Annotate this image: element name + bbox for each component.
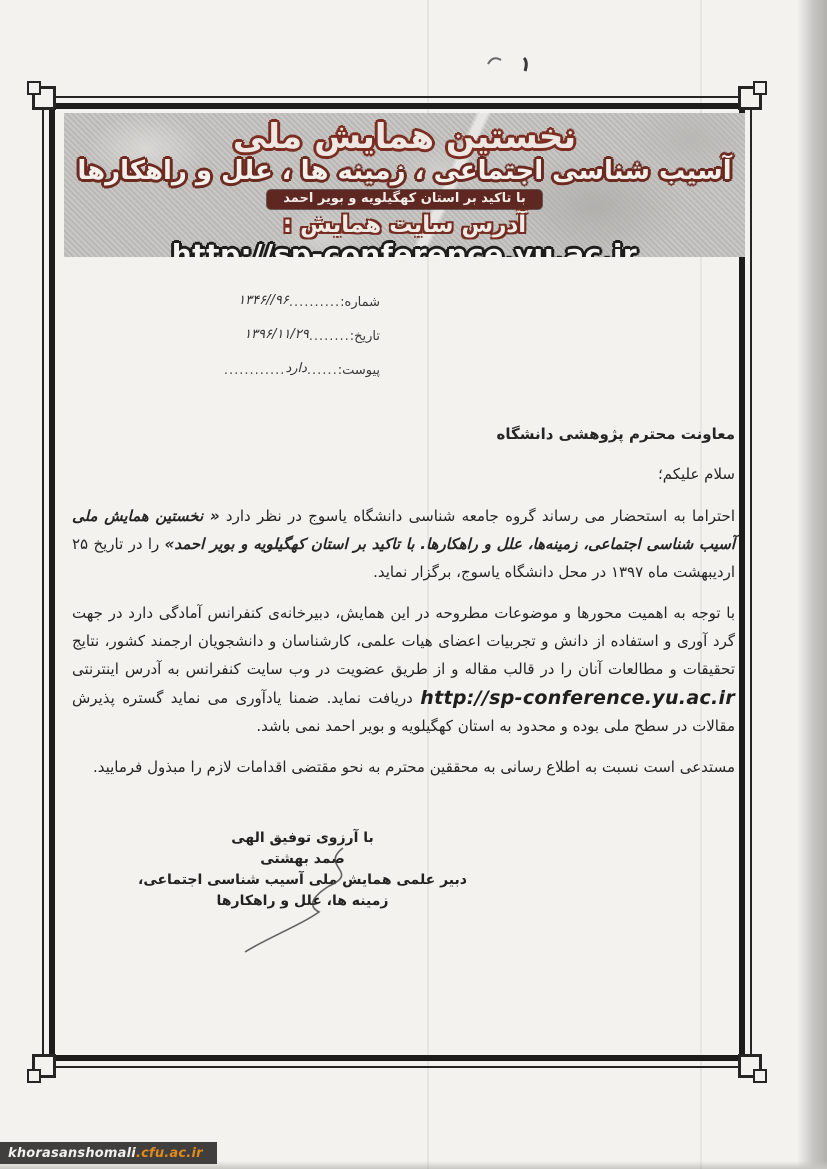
frame-corner-ornament — [738, 1054, 762, 1078]
scanned-letter-page: { "banner": { "title_line1": "نخستین هما… — [0, 0, 827, 1169]
site-watermark: khorasanshomali .cfu.ac.ir — [0, 1142, 217, 1164]
number-value: ۹۶//۱۳۴۶ — [238, 293, 289, 308]
frame-corner-ornament — [32, 86, 56, 110]
recipient-line: معاونت محترم پژوهشی دانشگاه — [72, 420, 735, 448]
conference-site-line: آدرس سایت همایش : http://sp-conference.y… — [64, 212, 745, 257]
signatory-name: صمد بهشتی — [130, 849, 475, 870]
site-address-label: آدرس سایت همایش : — [283, 212, 526, 238]
watermark-domain: .cfu.ac.ir — [136, 1146, 203, 1161]
attachment-label: پیوست: — [338, 363, 380, 378]
paragraph-2-start: با توجه به اهمیت محورها و موضوعات مطروحه… — [72, 604, 735, 678]
attachment-leader-dots: ...... — [307, 363, 338, 378]
conference-subtitle-badge: با تاکید بر استان کهگیلویه و بویر احمد — [267, 190, 541, 209]
conference-site-url: http://sp-conference.yu.ac.ir — [172, 238, 637, 257]
scan-right-shadow — [797, 0, 827, 1169]
number-leader-dots: .......... — [289, 295, 340, 310]
letter-attachment-row: پیوست: ...... دارد ............ — [205, 344, 380, 378]
conference-url-inline: http://sp-conference.yu.ac.ir — [420, 684, 735, 712]
watermark-site-name: khorasanshomali — [8, 1146, 136, 1161]
signatory-title-line2: زمینه ها، علل و راهکارها — [130, 891, 475, 912]
attachment-value: دارد — [285, 361, 306, 376]
signature-block: با آرزوی توفیق الهی صمد بهشتی دبیر علمی … — [130, 828, 475, 912]
conference-title-line2: آسیب شناسی اجتماعی ، زمینه ها ، علل و را… — [64, 157, 745, 187]
signature-wish-line: با آرزوی توفیق الهی — [130, 828, 475, 849]
paragraph-1: احتراما به استحضار می رساند گروه جامعه ش… — [72, 502, 735, 586]
letter-meta-block: شماره: .......... ۹۶//۱۳۴۶ تاریخ: ......… — [205, 276, 380, 378]
attachment-leader-dots2: ............ — [224, 363, 286, 378]
letterhead-banner: نخستین همایش ملی آسیب شناسی اجتماعی ، زم… — [64, 113, 745, 257]
scan-speck-marks — [482, 52, 542, 78]
conference-title-line1: نخستین همایش ملی — [64, 119, 745, 156]
paragraph-3: مستدعی است نسبت به اطلاع رسانی به محققین… — [72, 753, 735, 781]
date-label: تاریخ: — [350, 329, 380, 344]
signatory-title-line1: دبیر علمی همایش ملی آسیب شناسی اجتماعی، — [130, 870, 475, 891]
salutation-line: سلام علیکم؛ — [72, 460, 735, 488]
letter-body: معاونت محترم پژوهشی دانشگاه سلام علیکم؛ … — [72, 420, 735, 781]
paragraph-1-start: احتراما به استحضار می رساند گروه جامعه ش… — [226, 507, 735, 525]
number-label: شماره: — [340, 295, 380, 310]
date-leader-dots: ........ — [309, 329, 350, 344]
letter-date-row: تاریخ: ........ ۱۳۹۶/۱۱/۲۹ — [205, 310, 380, 344]
frame-corner-ornament — [738, 86, 762, 110]
letter-number-row: شماره: .......... ۹۶//۱۳۴۶ — [205, 276, 380, 310]
paragraph-2: با توجه به اهمیت محورها و موضوعات مطروحه… — [72, 599, 735, 740]
frame-corner-ornament — [32, 1054, 56, 1078]
date-value: ۱۳۹۶/۱۱/۲۹ — [244, 327, 309, 342]
